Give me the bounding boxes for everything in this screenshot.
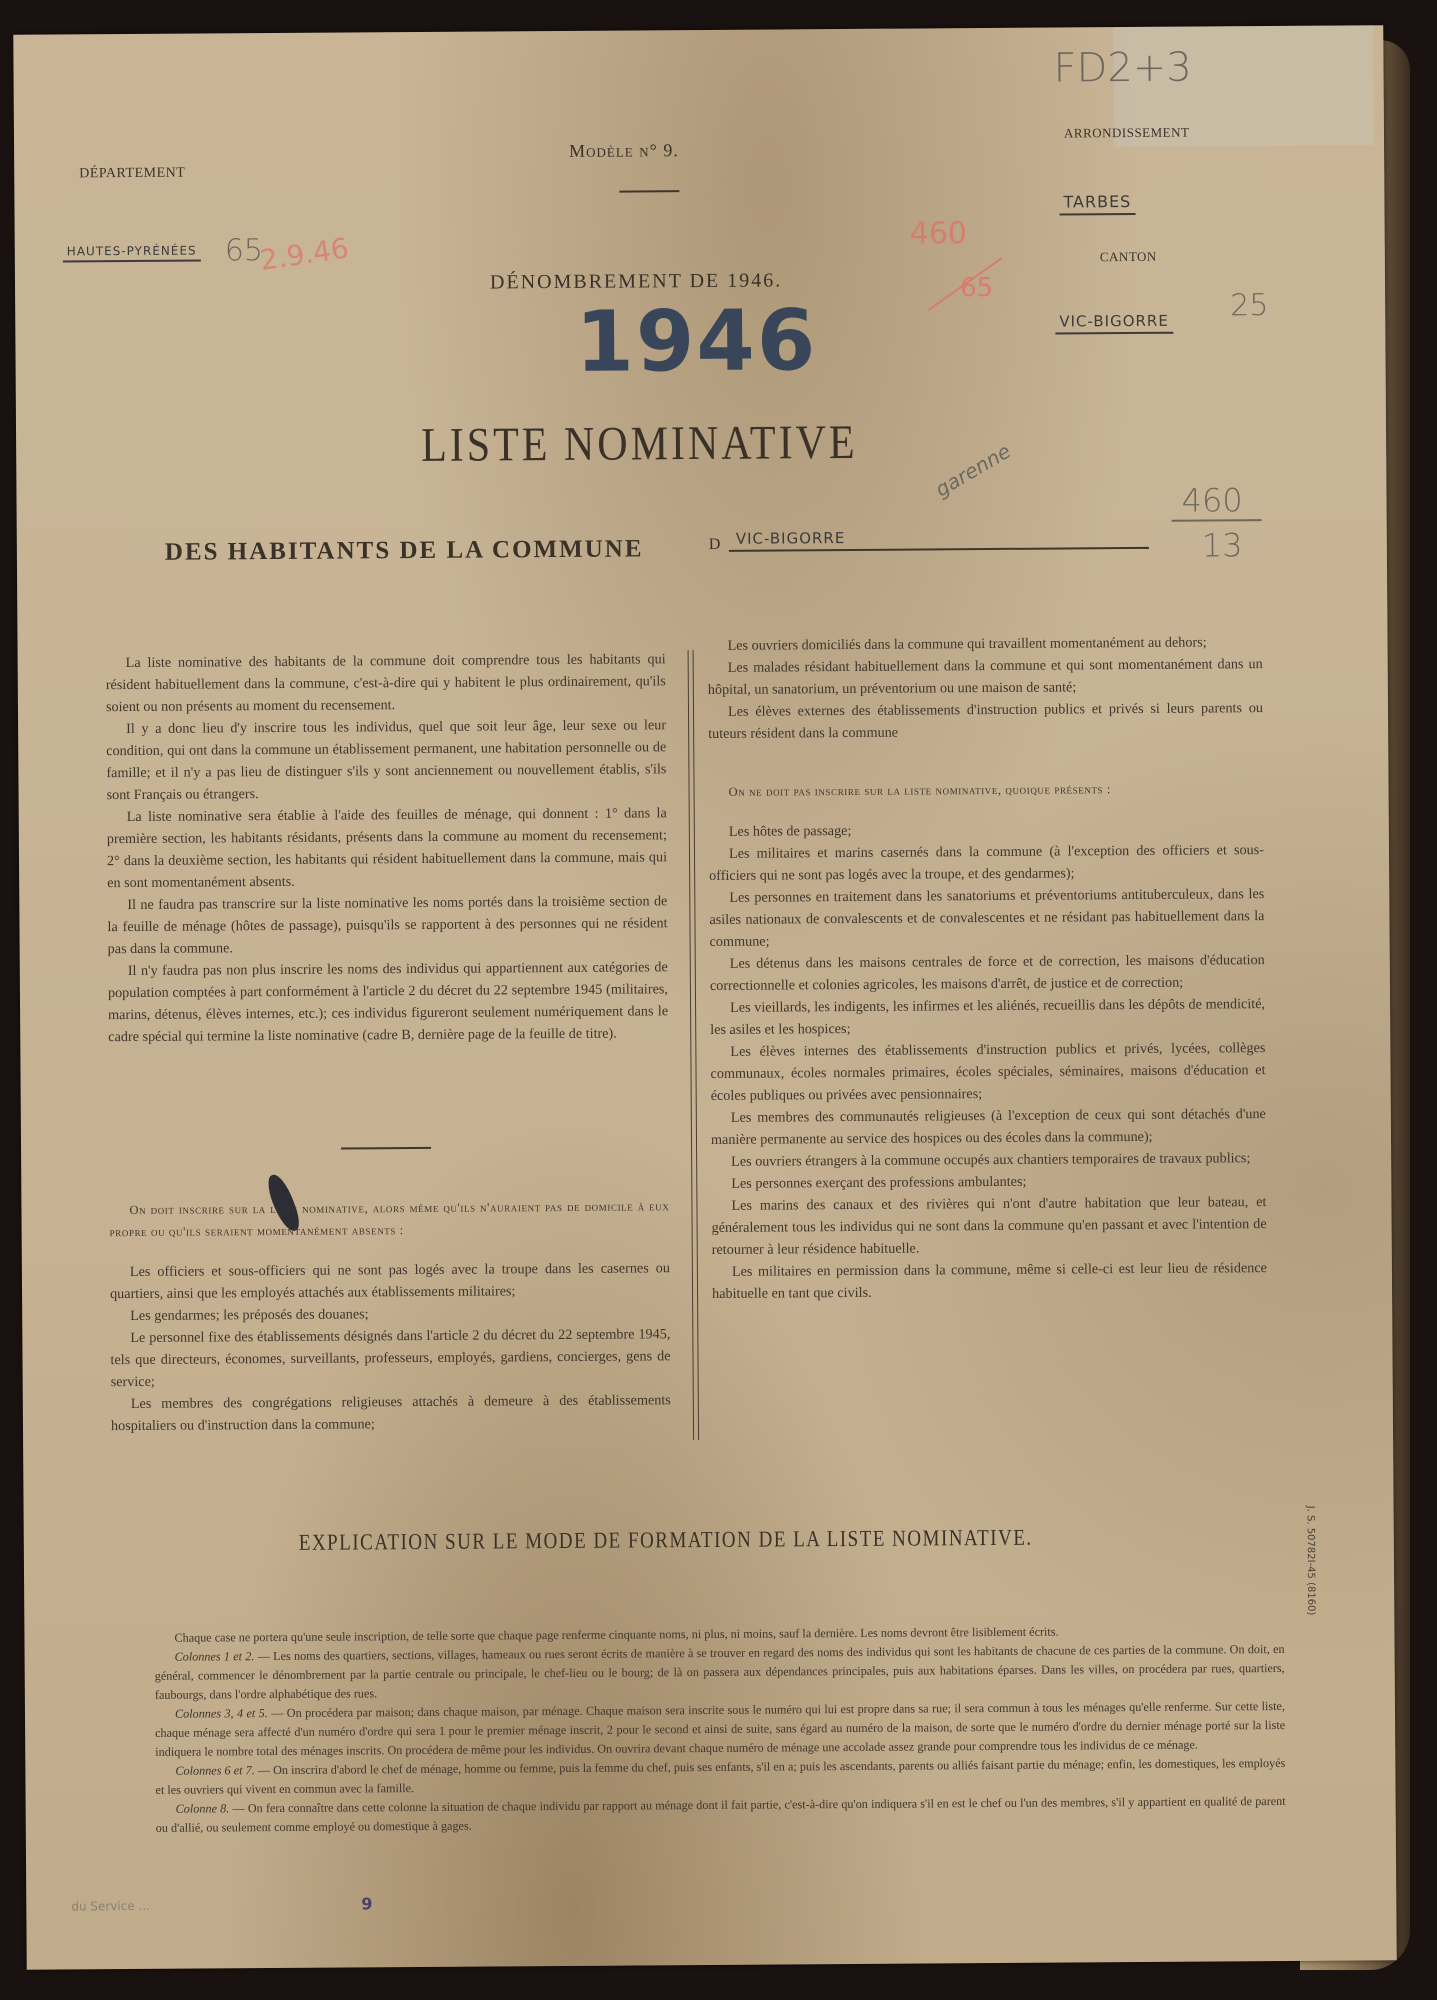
col67-text: — On inscrira d'abord le chef de ménage,… xyxy=(155,1756,1285,1797)
pencil-fraction-line xyxy=(1172,519,1262,521)
liste-nominative-title: LISTE NOMINATIVE xyxy=(421,415,858,473)
document-sheet: DÉPARTEMENT HAUTES-PYRÉNÉES 65 2.9.46 Mo… xyxy=(13,25,1396,1970)
red-fraction-top: 460 xyxy=(910,216,968,251)
not-inscribe-item: Les détenus dans les maisons centrales d… xyxy=(710,949,1265,997)
printer-code: J. S. 50782I-45 (8160) xyxy=(1305,1506,1317,1616)
not-inscribe-item: Les marins des canaux et des rivières qu… xyxy=(711,1191,1266,1261)
year-handwritten: 1946 xyxy=(575,291,817,391)
right-item: Les élèves externes des établissements d… xyxy=(708,697,1263,745)
left-column-inscribe: On doit inscrire sur la liste nominative… xyxy=(109,1195,671,1437)
right-item: Les malades résidant habituellement dans… xyxy=(708,653,1263,701)
denombrement-title: DÉNOMBREMENT DE 1946. xyxy=(490,269,782,294)
pencil-fraction-top: 460 xyxy=(1181,481,1242,519)
explication-col12: Colonnes 1 et 2. — Les noms des quartier… xyxy=(155,1640,1285,1705)
not-inscribe-item: Les élèves internes des établissements d… xyxy=(710,1037,1265,1107)
not-inscribe-item: Les ouvriers étrangers à la commune occu… xyxy=(711,1147,1266,1173)
arrondissement-value: TARBES xyxy=(1059,192,1135,216)
pencil-fraction-bottom: 13 xyxy=(1202,526,1243,564)
departement-pencil-note: 65 xyxy=(225,233,263,268)
modele-rule xyxy=(619,190,679,192)
inscribe-item: Les officiers et sous-officiers qui ne s… xyxy=(110,1257,670,1305)
col67-label: Colonnes 6 et 7. xyxy=(175,1763,254,1778)
explication-col345: Colonnes 3, 4 et 5. — On procédera par m… xyxy=(155,1697,1285,1762)
col12-label: Colonnes 1 et 2. xyxy=(175,1649,255,1664)
not-inscribe-item: Les personnes en traitement dans les san… xyxy=(709,883,1264,953)
canton-value: VIC-BIGORRE xyxy=(1055,312,1173,335)
explication-body: Chaque case ne portera qu'une seule insc… xyxy=(154,1621,1285,1838)
arrondissement-label: ARRONDISSEMENT xyxy=(1064,125,1190,142)
footer-stamp: du Service ... xyxy=(71,1899,150,1914)
departement-red-note: 2.9.46 xyxy=(258,231,351,277)
habitants-title: DES HABITANTS DE LA COMMUNE xyxy=(165,535,644,566)
column-divider xyxy=(693,650,700,1440)
left-paragraph: La liste nominative sera établie à l'aid… xyxy=(107,802,668,894)
inscribe-heading: On doit inscrire sur la liste nominative… xyxy=(109,1195,669,1243)
col8-text: — On fera connaître dans cette colonne l… xyxy=(156,1794,1286,1835)
explication-col8: Colonne 8. — On fera connaître dans cett… xyxy=(156,1792,1286,1838)
not-inscribe-item: Les vieillards, les indigents, les infir… xyxy=(710,993,1265,1041)
explication-title: EXPLICATION SUR LE MODE DE FORMATION DE … xyxy=(299,1526,1033,1558)
inscribe-item: Les membres des congrégations religieuse… xyxy=(111,1389,671,1437)
departement-value: HAUTES-PYRÉNÉES xyxy=(63,244,201,263)
red-fraction-bottom: 65 xyxy=(960,273,993,303)
canton-label: CANTON xyxy=(1100,249,1157,265)
not-inscribe-item: Les membres des communautés religieuses … xyxy=(711,1103,1266,1151)
col8-label: Colonne 8. xyxy=(176,1801,230,1815)
col12-text: — Les noms des quartiers, sections, vill… xyxy=(155,1642,1285,1702)
not-inscribe-heading: On ne doit pas inscrire sur la liste nom… xyxy=(708,777,1263,803)
right-column: Les ouvriers domiciliés dans la commune … xyxy=(707,631,1267,1305)
left-paragraph: Il y a donc lieu d'y inscrire tous les i… xyxy=(106,714,667,806)
commune-value: VIC-BIGORRE xyxy=(732,529,850,550)
left-paragraph: Il ne faudra pas transcrire sur la liste… xyxy=(107,890,667,960)
left-column: La liste nominative des habitants de la … xyxy=(106,648,669,1048)
left-separator-rule xyxy=(341,1147,431,1150)
left-paragraph: Il n'y faudra pas non plus inscrire les … xyxy=(108,956,669,1048)
inscribe-item: Le personnel fixe des établissements dés… xyxy=(110,1323,670,1393)
left-paragraph: La liste nominative des habitants de la … xyxy=(106,648,666,718)
canton-pencil-note: 25 xyxy=(1230,288,1268,323)
col345-label: Colonnes 3, 4 et 5. xyxy=(175,1706,268,1721)
footer-page-mark: 9 xyxy=(361,1894,372,1913)
departement-label: DÉPARTEMENT xyxy=(79,166,185,183)
not-inscribe-item: Les militaires en permission dans la com… xyxy=(712,1257,1267,1305)
col345-text: — On procédera par maison; dans chaque m… xyxy=(155,1699,1285,1759)
not-inscribe-item: Les militaires et marins casernés dans l… xyxy=(709,839,1264,887)
modele-number: Modèle n° 9. xyxy=(569,140,679,162)
commune-prefix: D xyxy=(709,536,721,554)
archive-code-pencil: FD2+3 xyxy=(1053,45,1192,92)
commune-pencil-note: garenne xyxy=(931,439,1015,502)
